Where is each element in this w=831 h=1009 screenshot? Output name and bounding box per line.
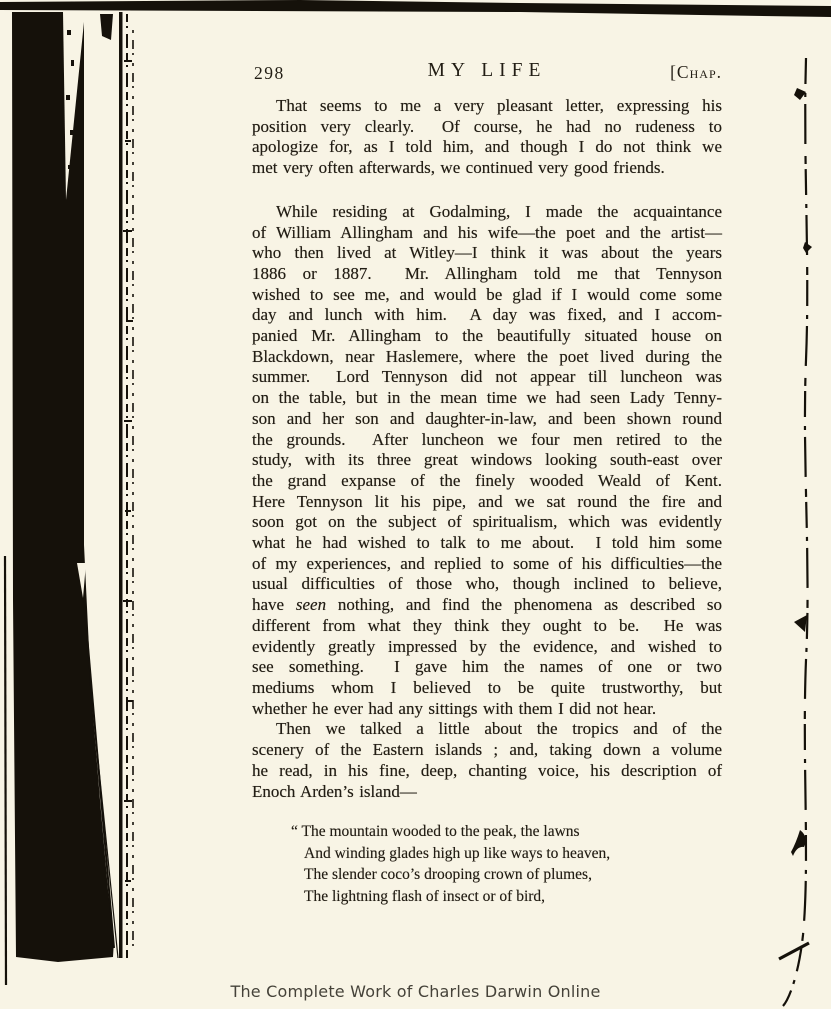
text-line: different from what they think they ough… bbox=[252, 616, 722, 637]
page-content: 298 MY LIFE [Chap. That seems to me a ve… bbox=[252, 60, 722, 908]
gutter-notch bbox=[77, 563, 86, 598]
gutter-white-wedge bbox=[63, 12, 85, 200]
chapter-marker: [Chap. bbox=[670, 62, 722, 83]
text-line: position very clearly. Of course, he had… bbox=[252, 117, 722, 138]
body-text: That seems to me a very pleasant letter,… bbox=[252, 96, 722, 802]
text-line: Here Tennyson lit his pipe, and we sat r… bbox=[252, 492, 722, 513]
text-line: who then lived at Witley—I think it was … bbox=[252, 243, 722, 264]
paragraph: That seems to me a very pleasant letter,… bbox=[252, 96, 722, 179]
right-page-edge-line bbox=[779, 58, 812, 1006]
text-line: what he had wished to talk to me about. … bbox=[252, 533, 722, 554]
text-line: That seems to me a very pleasant letter,… bbox=[252, 96, 722, 117]
poem-line: “ The mountain wooded to the peak, the l… bbox=[304, 821, 722, 843]
paragraph: Then we talked a little about the tropic… bbox=[252, 719, 722, 802]
text-line: study, with its three great windows look… bbox=[252, 450, 722, 471]
fold-line bbox=[84, 600, 114, 948]
poem-line: The lightning flash of insect or of bird… bbox=[304, 886, 722, 908]
gutter-speckles bbox=[66, 14, 113, 169]
text-line: apologize for, as I told him, and though… bbox=[252, 137, 722, 158]
text-line: on the table, but in the mean time we ha… bbox=[252, 388, 722, 409]
text-line: mediums whom I believed to be quite trus… bbox=[252, 678, 722, 699]
text-line: the grounds. After luncheon we four men … bbox=[252, 430, 722, 451]
text-line: evidently greatly impressed by the evide… bbox=[252, 637, 722, 658]
text-line: While residing at Godalming, I made the … bbox=[252, 202, 722, 223]
text-line: scenery of the Eastern islands ; and, ta… bbox=[252, 740, 722, 761]
text-line: day and lunch with him. A day was fixed,… bbox=[252, 305, 722, 326]
text-line: have seen nothing, and find the phenomen… bbox=[252, 595, 722, 616]
left-gutter-band bbox=[12, 12, 114, 962]
text-line: of William Allingham and his wife—the po… bbox=[252, 223, 722, 244]
text-line: soon got on the subject of spiritualism,… bbox=[252, 512, 722, 533]
paragraph: While residing at Godalming, I made the … bbox=[252, 202, 722, 720]
fold-line bbox=[90, 680, 118, 958]
text-line: Enoch Arden’s island— bbox=[252, 782, 722, 803]
binding-stripe bbox=[119, 12, 133, 958]
text-line: see something. I gave him the names of o… bbox=[252, 657, 722, 678]
text-line: 1886 or 1887. Mr. Allingham told me that… bbox=[252, 264, 722, 285]
text-line: Then we talked a little about the tropic… bbox=[252, 719, 722, 740]
text-line: panied Mr. Allingham to the beautifully … bbox=[252, 326, 722, 347]
poem-line: The slender coco’s drooping crown of plu… bbox=[304, 864, 722, 886]
poem-block: “ The mountain wooded to the peak, the l… bbox=[252, 821, 722, 907]
page-title: MY LIFE bbox=[252, 60, 722, 82]
text-line: he read, in his fine, deep, chanting voi… bbox=[252, 761, 722, 782]
text-line: usual difficulties of those who, though … bbox=[252, 574, 722, 595]
text-line: wished to see me, and would be glad if I… bbox=[252, 285, 722, 306]
text-line: of my experiences, and replied to some o… bbox=[252, 554, 722, 575]
poem-line: And winding glades high up like ways to … bbox=[304, 843, 722, 865]
text-line: whether he ever had any sittings with th… bbox=[252, 699, 722, 720]
text-line: son and her son and daughter-in-law, and… bbox=[252, 409, 722, 430]
text-line: Blackdown, near Haslemere, where the poe… bbox=[252, 347, 722, 368]
left-hairline bbox=[5, 556, 6, 985]
text-line: summer. Lord Tennyson did not appear til… bbox=[252, 367, 722, 388]
footer-caption: The Complete Work of Charles Darwin Onli… bbox=[0, 982, 831, 1001]
text-line: met very often afterwards, we continued … bbox=[252, 158, 722, 179]
top-edge-bar bbox=[0, 0, 831, 17]
page-header: 298 MY LIFE [Chap. bbox=[252, 60, 722, 87]
text-line: the grand expanse of the finely wooded W… bbox=[252, 471, 722, 492]
book-page: 298 MY LIFE [Chap. That seems to me a ve… bbox=[0, 0, 831, 1009]
